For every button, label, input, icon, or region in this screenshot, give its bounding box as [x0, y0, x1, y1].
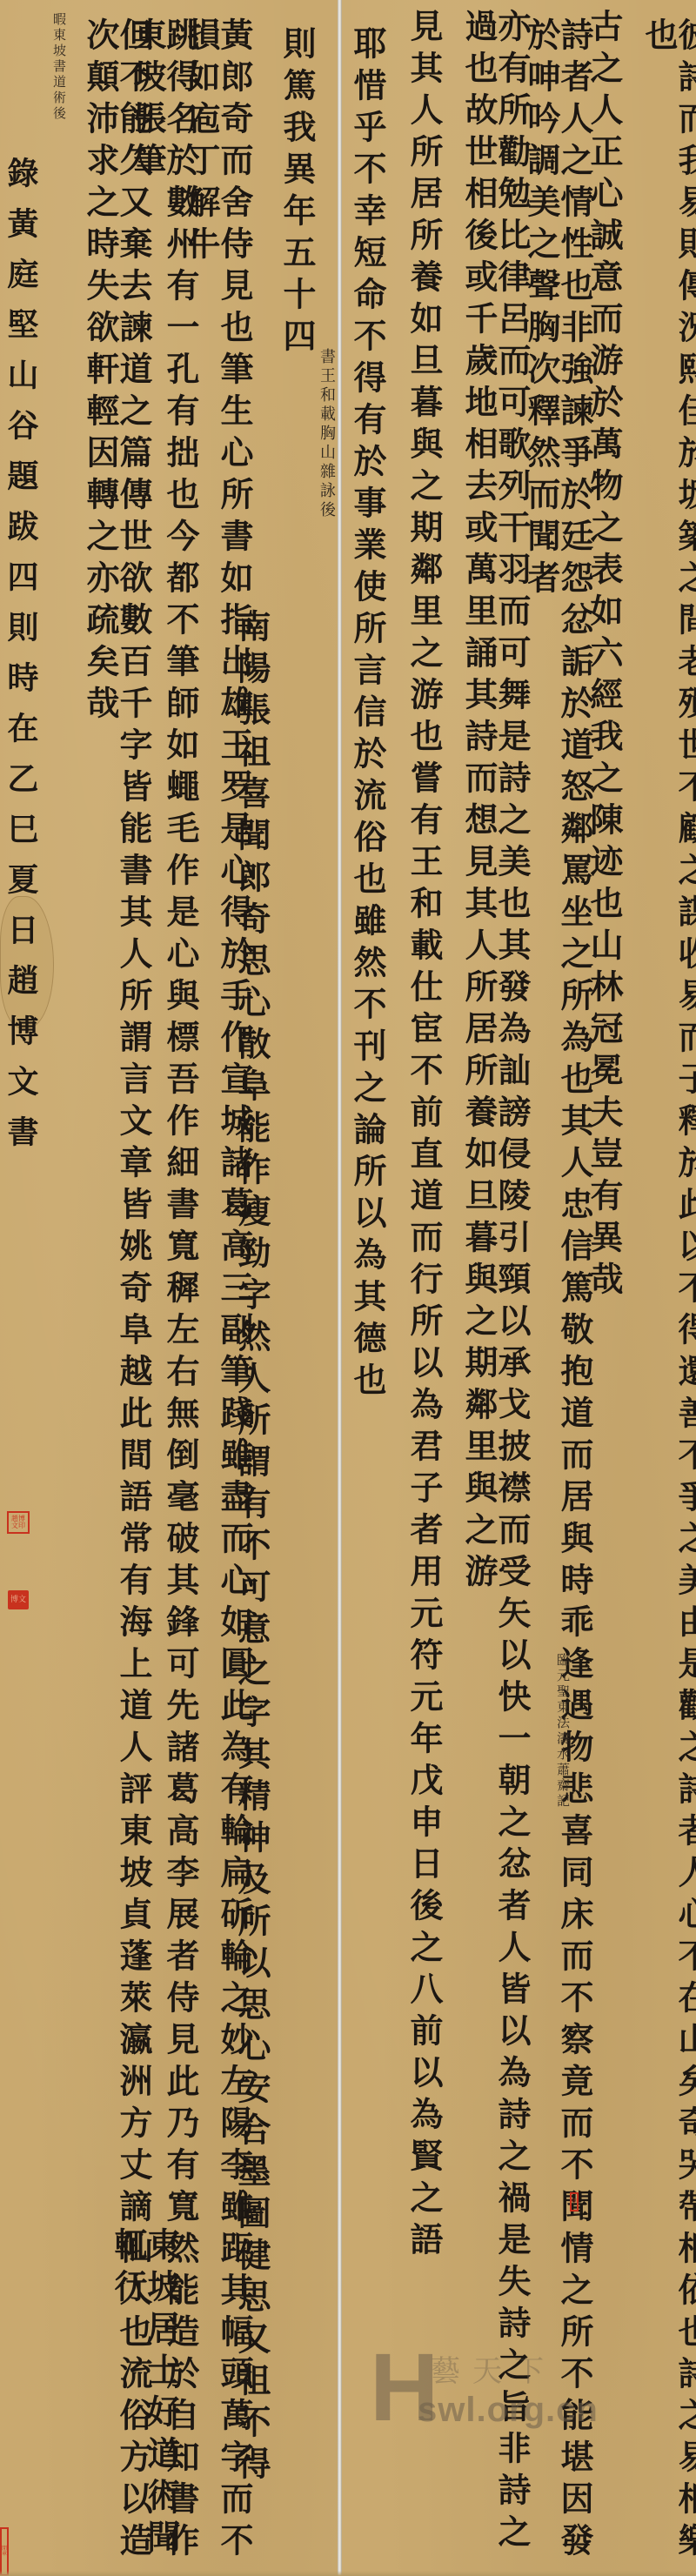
signature-column: 錄黃庭堅山谷題跋四則時在乙巳夏日趙博文書 — [5, 157, 37, 1166]
left-column-6: 東坡居士好道術聞輒行 — [111, 2227, 177, 2576]
corner-seal: 閒章 — [0, 2527, 9, 2576]
right-column-6: 耶惜乎不幸短命不得有於事業使所言信於流俗也雖然不刊之論所以為其德也 — [351, 26, 384, 1404]
bottom-edge — [0, 2571, 696, 2576]
artist-seal-1: 趙博文印 — [7, 1511, 30, 1534]
right-scroll-panel: 彼詩而我易則傳況熙佳於坂築之間老殞世不顧之謀收易而子釋於此以不得還善不爭之美由是… — [342, 0, 696, 2576]
right-side-note: 臨元聖東法濤水蕭齋記 — [556, 1653, 569, 1810]
artist-seal-2: 博文 — [8, 1590, 29, 1609]
right-column-5: 見其人所居所養如旦暮與之期鄰里之游也嘗有王和載仕宦不前直道而行所以為君子者用元符… — [407, 9, 440, 2264]
left-column-5: 但不能久又棄去諫道之篇傳世欲數百千字皆能書其人所謂言文章皆姚奇阜越此間語常有海上… — [84, 17, 150, 2576]
small-inscription: 暇東坡書道術後 — [52, 12, 65, 122]
right-column-1: 彼詩而我易則傳況熙佳於坂築之間老殞世不顧之謀收易而子釋於此以不得還善不爭之美由是… — [642, 17, 696, 2576]
left-scroll-panel: 錄黃庭堅山谷題跋四則時在乙巳夏日趙博文書 趙博文印 博文 閒章 暇東坡書道術後 … — [0, 0, 338, 2576]
mid-seal: 印 — [570, 2192, 579, 2211]
right-column-3: 詩者人之情性也非強諫爭於廷怨忿詬於道怒鄰罵坐之所為也其人忠信篤敬抱道而居與時乖逢… — [525, 17, 591, 2576]
right-column-4: 亦有所勸勉比律呂而可歌列干羽而可舞是詩之美也其發為訕謗侵陵引頸以承戈披襟而受矢以… — [462, 9, 528, 2576]
left-side-note: 書王和載胸山雜詠後 — [318, 348, 334, 520]
left-column-1: 則篤我異年五十四 — [280, 26, 313, 360]
